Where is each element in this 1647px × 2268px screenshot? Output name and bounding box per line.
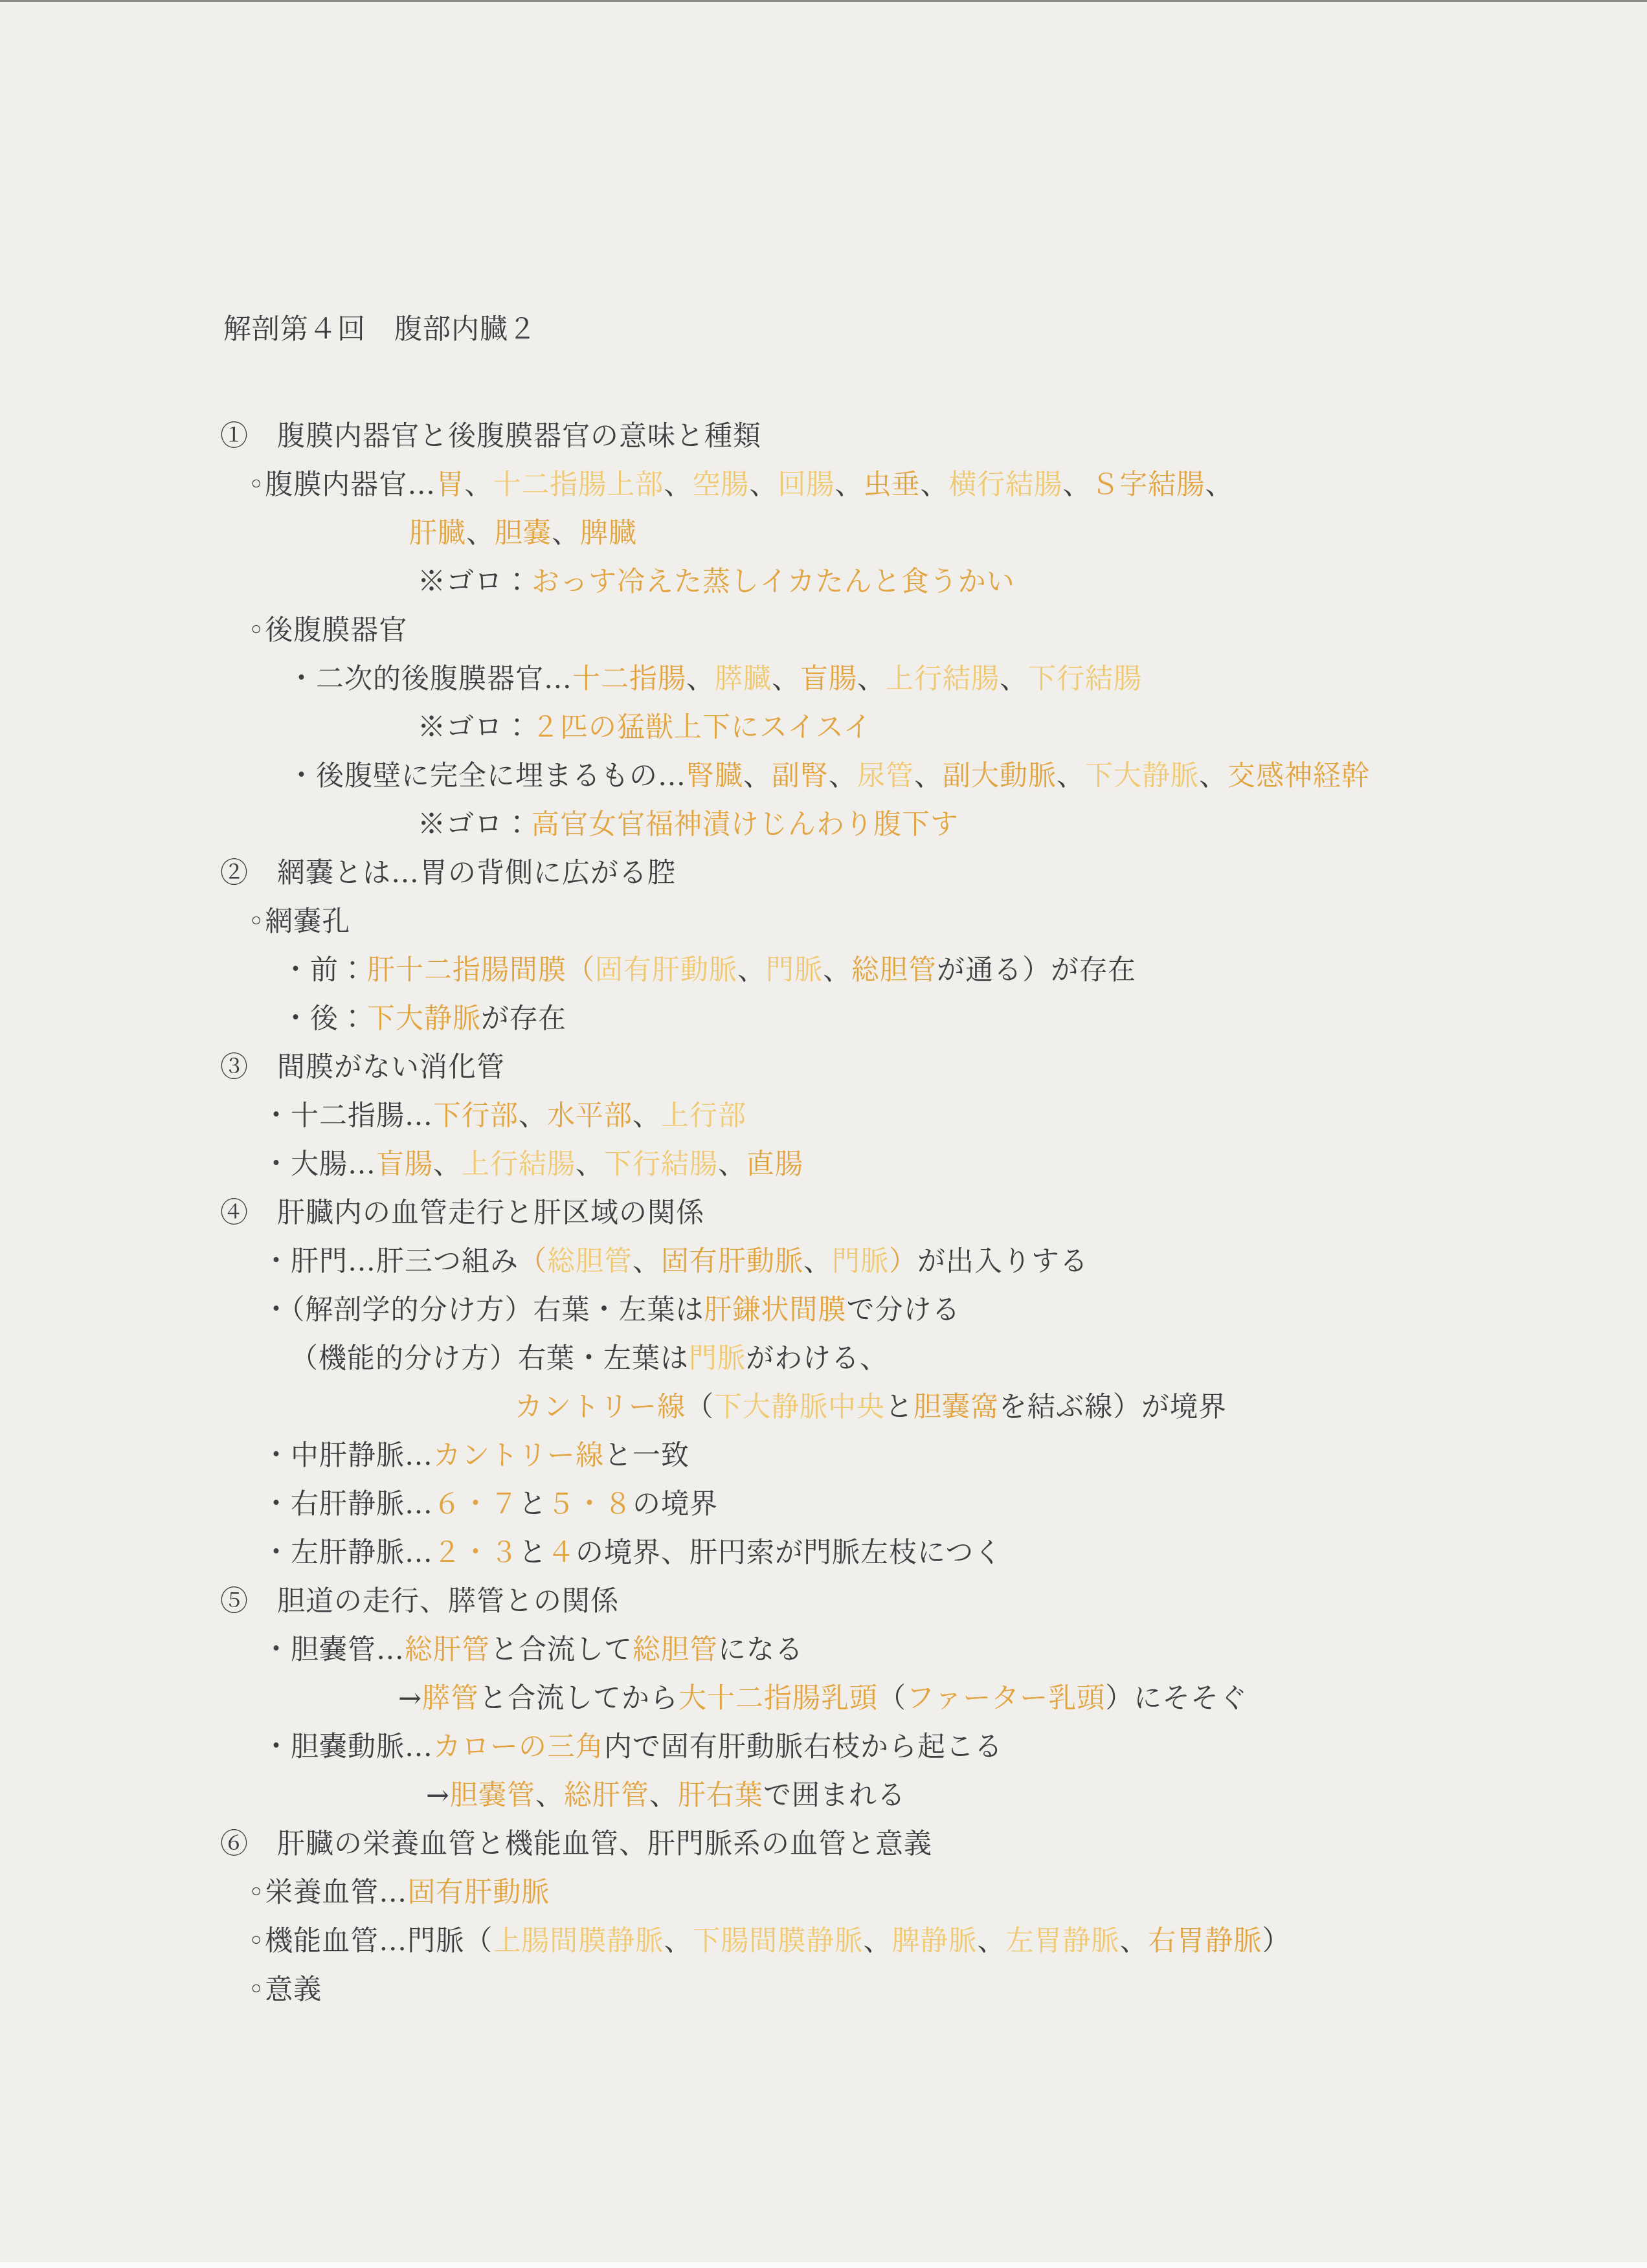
text-segment: ※ゴロ： [418, 566, 532, 598]
text-segment: 、 [857, 663, 886, 695]
text-segment: 、 [863, 1925, 891, 1957]
document-body: 解剖第４回 腹部内臓２① 腹膜内器官と後腹膜器官の意味と種類◦腹膜内器官…胃、十… [0, 0, 1647, 2014]
text-segment: ２・３ [433, 1537, 519, 1569]
text-segment: ◦機能血管…門脈（ [248, 1925, 493, 1957]
text-segment: 下腸間膜静脈 [692, 1925, 863, 1957]
text-segment: 肝臓 [409, 517, 466, 550]
text-segment: 、 [535, 1779, 564, 1812]
text-segment: 盲腸 [800, 663, 857, 695]
text-segment: 胆嚢窩 [913, 1391, 999, 1423]
text-segment: ① 腹膜内器官と後腹膜器官の意味と種類 [220, 420, 761, 452]
omental-foramen-posterior-line: ・後：下大静脈が存在 [0, 995, 1647, 1043]
text-segment: 、 [749, 469, 778, 501]
secondary-retroperitoneal-line: ・二次的後腹膜器官…十二指腸、膵臓、盲腸、上行結腸、下行結腸 [0, 655, 1647, 704]
porta-hepatis-line: ・肝門…肝三つ組み（総胆管、固有肝動脈、門脈）が出入りする [0, 1238, 1647, 1286]
text-segment: 、 [1205, 469, 1233, 501]
text-segment: 、 [649, 1779, 678, 1812]
cystic-duct-line: ・胆嚢管…総肝管と合流して総胆管になる [0, 1626, 1647, 1674]
text-segment: 総肝管 [405, 1634, 490, 1666]
text-segment: （ [566, 954, 595, 986]
text-segment: 、 [686, 663, 715, 695]
omental-foramen-anterior-line: ・前：肝十二指腸間膜（固有肝動脈、門脈、総胆管が通る）が存在 [0, 946, 1647, 995]
text-segment: 胃 [436, 469, 464, 501]
text-segment: と合流してから [479, 1682, 678, 1715]
text-segment: 固有肝動脈 [595, 954, 737, 986]
text-segment: ・胆嚢管… [262, 1634, 405, 1666]
text-segment: 水平部 [547, 1100, 633, 1132]
text-segment: ・前： [282, 954, 367, 986]
text-segment: 、 [664, 1925, 692, 1957]
text-segment: 脾静脈 [891, 1925, 977, 1957]
anatomical-division-line: ・（解剖学的分け方）右葉・左葉は肝鎌状間膜で分ける [0, 1286, 1647, 1335]
text-segment: 固有肝動脈 [407, 1876, 550, 1909]
text-segment: ・右肝静脈… [262, 1488, 433, 1520]
text-segment: と一致 [604, 1440, 689, 1472]
text-segment: 下行結腸 [1028, 663, 1142, 695]
middle-hepatic-vein-line: ・中肝静脈…カントリー線と一致 [0, 1432, 1647, 1480]
text-segment: 上腸間膜静脈 [493, 1925, 664, 1957]
text-segment: ６・７ [433, 1488, 519, 1520]
text-segment: 下大静脈 [367, 1003, 481, 1035]
text-segment: 、 [829, 760, 857, 792]
right-hepatic-vein-line: ・右肝静脈…６・７と５・８の境界 [0, 1480, 1647, 1529]
text-segment: 尿管 [857, 760, 914, 792]
text-segment: カントリー線 [515, 1391, 686, 1423]
text-segment: 、 [914, 760, 943, 792]
text-segment: ・大腸… [262, 1148, 376, 1181]
text-segment: ・左肝静脈… [262, 1537, 433, 1569]
text-segment: 膵臓 [715, 663, 772, 695]
text-segment: 門脈 [832, 1245, 889, 1278]
text-segment: → [426, 1779, 450, 1812]
text-segment: （ [519, 1245, 547, 1278]
text-segment: ◦意義 [248, 1973, 322, 2006]
cantlie-line-detail: カントリー線（下大静脈中央と胆嚢窩を結ぶ線）が境界 [0, 1383, 1647, 1432]
scan-edge-top [0, 0, 1647, 2]
text-segment: 、 [1062, 469, 1091, 501]
text-segment: 高官女官福神漬けじんわり腹下す [532, 808, 959, 841]
text-segment: と合流して [490, 1634, 633, 1666]
text-segment: で分ける [847, 1294, 961, 1326]
mnemonic-embedded: ※ゴロ：高官女官福神漬けじんわり腹下す [0, 801, 1647, 849]
text-segment: → [398, 1682, 422, 1715]
text-segment: ２匹の猛獣上下にスイスイ [532, 711, 872, 744]
text-segment: 上行結腸 [462, 1148, 576, 1181]
text-segment: （ [878, 1682, 906, 1715]
text-segment: 門脈 [689, 1342, 746, 1375]
text-segment: 上行結腸 [886, 663, 1000, 695]
section-5-heading: ⑤ 胆道の走行、膵管との関係 [0, 1577, 1647, 1626]
text-segment: 副腎 [772, 760, 829, 792]
text-segment: ◦栄養血管… [248, 1876, 407, 1909]
text-segment: になる [718, 1634, 803, 1666]
text-segment: ④ 肝臓内の血管走行と肝区域の関係 [220, 1197, 704, 1229]
text-segment: 、 [977, 1925, 1005, 1957]
text-segment: 総胆管 [851, 954, 937, 986]
text-segment: 大十二指腸乳頭 [678, 1682, 878, 1715]
text-segment: 十二指腸上部 [493, 469, 664, 501]
text-segment: 脾臓 [580, 517, 637, 550]
text-segment: （ [686, 1391, 714, 1423]
text-segment: 内で固有肝動脈右枝から起こる [604, 1731, 1003, 1763]
text-segment: 下行結腸 [604, 1148, 718, 1181]
text-segment: 右胃静脈 [1148, 1925, 1262, 1957]
text-segment: ・肝門…肝三つ組み [262, 1245, 519, 1278]
calot-triangle-boundary-line: →胆嚢管、総肝管、肝右葉で囲まれる [0, 1772, 1647, 1820]
text-segment: がわける、 [746, 1342, 888, 1375]
section-2-heading: ② 網嚢とは…胃の背側に広がる腔 [0, 849, 1647, 898]
text-segment: 、 [464, 469, 493, 501]
text-segment: 、 [466, 517, 495, 550]
text-segment: 下行部 [433, 1100, 519, 1132]
text-segment: 、 [743, 760, 772, 792]
text-segment: 横行結腸 [948, 469, 1062, 501]
text-segment: と [885, 1391, 913, 1423]
text-segment: 副大動脈 [943, 760, 1057, 792]
scan-edge-bottom [0, 2262, 1647, 2268]
text-segment: ※ゴロ： [418, 808, 532, 841]
text-segment: 、 [772, 663, 800, 695]
large-intestine-parts-line: ・大腸…盲腸、上行結腸、下行結腸、直腸 [0, 1140, 1647, 1189]
text-segment: ⑥ 肝臓の栄養血管と機能血管、肝門脈系の血管と意義 [220, 1828, 932, 1860]
text-segment: 、 [552, 517, 580, 550]
text-segment: の境界、肝円索が門脈左枝につく [576, 1537, 1002, 1569]
text-segment: ③ 間膜がない消化管 [220, 1051, 505, 1084]
text-segment: が存在 [481, 1003, 566, 1035]
section-6-heading: ⑥ 肝臓の栄養血管と機能血管、肝門脈系の血管と意義 [0, 1820, 1647, 1869]
text-segment: 腎臓 [686, 760, 743, 792]
text-segment: 、 [433, 1148, 462, 1181]
section-1-heading: ① 腹膜内器官と後腹膜器官の意味と種類 [0, 412, 1647, 461]
text-segment: 膵管 [422, 1682, 479, 1715]
text-segment: ・二次的後腹膜器官… [287, 663, 572, 695]
text-segment: 虫垂 [863, 469, 920, 501]
text-segment: を結ぶ線）が境界 [999, 1391, 1227, 1423]
text-segment: で囲まれる [763, 1779, 906, 1812]
text-segment: ファーター乳頭 [906, 1682, 1105, 1715]
section-3-heading: ③ 間膜がない消化管 [0, 1043, 1647, 1092]
pancreatic-duct-join-line: →膵管と合流してから大十二指腸乳頭（ファーター乳頭）にそそぐ [0, 1674, 1647, 1723]
text-segment: 門脈 [766, 954, 823, 986]
text-segment: （機能的分け方）右葉・左葉は [290, 1342, 689, 1375]
text-segment: 盲腸 [376, 1148, 433, 1181]
text-segment: 、 [1199, 760, 1227, 792]
text-segment: 、 [835, 469, 863, 501]
text-segment: 直腸 [746, 1148, 803, 1181]
text-segment: 、 [519, 1100, 547, 1132]
text-segment: 、 [664, 469, 692, 501]
text-segment: 肝右葉 [678, 1779, 763, 1812]
text-segment: 、 [633, 1245, 661, 1278]
text-segment: ・後： [282, 1003, 367, 1035]
text-segment: 下大静脈 [1085, 760, 1199, 792]
intraperitoneal-organs-continuation: 肝臓、胆嚢、脾臓 [0, 509, 1647, 558]
text-segment: 、 [823, 954, 851, 986]
text-segment: ◦後腹膜器官 [248, 614, 407, 647]
text-segment: ４ [547, 1537, 576, 1569]
text-segment: ５・８ [547, 1488, 633, 1520]
text-segment: ② 網嚢とは…胃の背側に広がる腔 [220, 857, 676, 889]
page-title: 解剖第４回 腹部内臓２ [0, 306, 1647, 354]
intraperitoneal-organs-line: ◦腹膜内器官…胃、十二指腸上部、空腸、回腸、虫垂、横行結腸、Ｓ字結腸、 [0, 461, 1647, 509]
text-segment: 総胆管 [633, 1634, 718, 1666]
text-segment: 十二指腸 [572, 663, 686, 695]
text-segment: ◦腹膜内器官… [248, 469, 436, 501]
mnemonic-intraperitoneal: ※ゴロ：おっす冷えた蒸しイカたんと食うかい [0, 558, 1647, 606]
text-segment: 肝十二指腸間膜 [367, 954, 566, 986]
embedded-posterior-wall-line: ・後腹壁に完全に埋まるもの…腎臓、副腎、尿管、副大動脈、下大静脈、交感神経幹 [0, 752, 1647, 801]
text-segment: 回腸 [778, 469, 835, 501]
text-segment: カローの三角 [433, 1731, 604, 1763]
text-segment: 総肝管 [564, 1779, 649, 1812]
text-segment: 上行部 [661, 1100, 746, 1132]
section-4-heading: ④ 肝臓内の血管走行と肝区域の関係 [0, 1189, 1647, 1238]
text-segment: ・胆嚢動脈… [262, 1731, 433, 1763]
text-segment: 肝鎌状間膜 [704, 1294, 847, 1326]
text-segment: 、 [1000, 663, 1028, 695]
text-segment: ） [1262, 1925, 1290, 1957]
left-hepatic-vein-line: ・左肝静脈…２・３と４の境界、肝円索が門脈左枝につく [0, 1529, 1647, 1577]
text-segment: ・中肝静脈… [262, 1440, 433, 1472]
text-segment: 、 [920, 469, 948, 501]
nutrient-vessel-line: ◦栄養血管…固有肝動脈 [0, 1869, 1647, 1917]
mnemonic-secondary-retroperitoneal: ※ゴロ：２匹の猛獣上下にスイスイ [0, 704, 1647, 752]
duodenum-parts-line: ・十二指腸…下行部、水平部、上行部 [0, 1092, 1647, 1140]
text-segment: おっす冷えた蒸しイカたんと食うかい [532, 566, 1015, 598]
text-segment: ） [889, 1245, 917, 1278]
text-segment: と [519, 1488, 547, 1520]
text-segment: 胆嚢管 [450, 1779, 535, 1812]
text-segment: ・（解剖学的分け方）右葉・左葉は [262, 1294, 704, 1326]
text-segment: 左胃静脈 [1005, 1925, 1119, 1957]
text-segment: 下大静脈中央 [714, 1391, 885, 1423]
text-segment: と [519, 1537, 547, 1569]
text-segment: 総胆管 [547, 1245, 633, 1278]
text-segment: ⑤ 胆道の走行、膵管との関係 [220, 1585, 619, 1618]
functional-division-line: （機能的分け方）右葉・左葉は門脈がわける、 [0, 1335, 1647, 1383]
text-segment: Ｓ字結腸 [1091, 469, 1205, 501]
text-segment: ◦網嚢孔 [248, 906, 350, 938]
text-segment: ・後腹壁に完全に埋まるもの… [287, 760, 686, 792]
text-segment: ※ゴロ： [418, 711, 532, 744]
omental-foramen-label: ◦網嚢孔 [0, 898, 1647, 946]
text-segment: 交感神経幹 [1227, 760, 1370, 792]
text-segment: 空腸 [692, 469, 749, 501]
text-segment: 固有肝動脈 [661, 1245, 803, 1278]
functional-vessel-line: ◦機能血管…門脈（上腸間膜静脈、下腸間膜静脈、脾静脈、左胃静脈、右胃静脈） [0, 1917, 1647, 1966]
text-segment: が通る）が存在 [937, 954, 1136, 986]
cystic-artery-line: ・胆嚢動脈…カローの三角内で固有肝動脈右枝から起こる [0, 1723, 1647, 1772]
significance-label: ◦意義 [0, 1966, 1647, 2014]
text-segment: 、 [576, 1148, 604, 1181]
text-segment: 、 [633, 1100, 661, 1132]
text-segment: ）にそそぐ [1105, 1682, 1248, 1715]
text-segment: 、 [803, 1245, 832, 1278]
text-segment: 胆嚢 [495, 517, 552, 550]
text-segment: が出入りする [917, 1245, 1088, 1278]
text-segment: カントリー線 [433, 1440, 604, 1472]
text-segment: 解剖第４回 腹部内臓２ [223, 313, 537, 346]
text-segment: 、 [1119, 1925, 1148, 1957]
text-segment: の境界 [633, 1488, 718, 1520]
text-segment: 、 [718, 1148, 746, 1181]
text-segment: 、 [737, 954, 766, 986]
retroperitoneal-organs-label: ◦後腹膜器官 [0, 606, 1647, 655]
text-segment: ・十二指腸… [262, 1100, 433, 1132]
text-segment: 、 [1057, 760, 1085, 792]
